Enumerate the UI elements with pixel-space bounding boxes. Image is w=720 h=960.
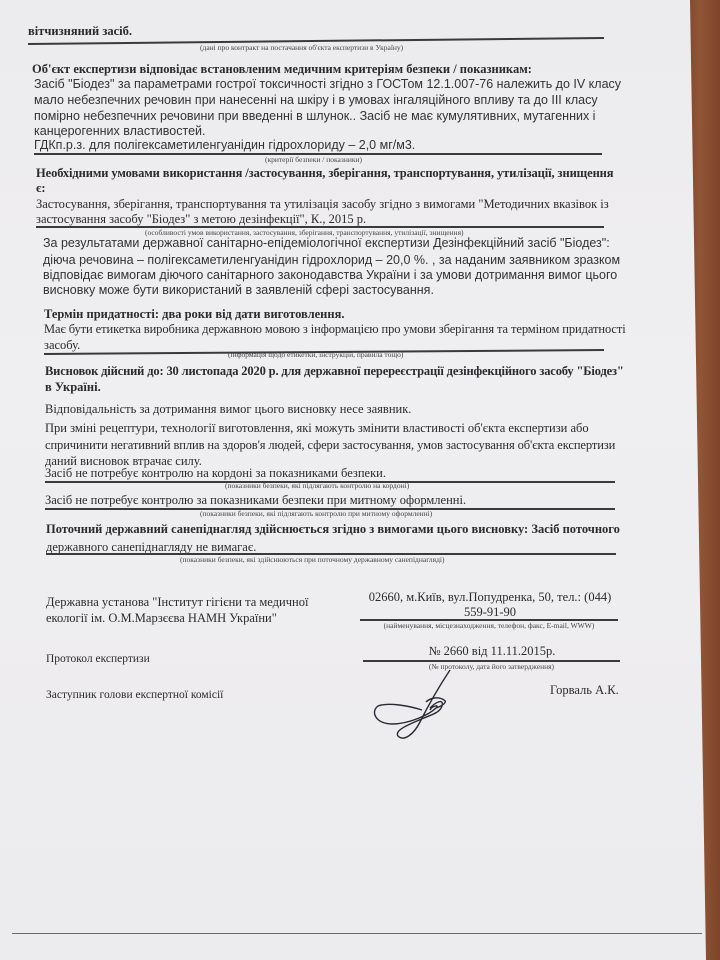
protocol-value: № 2660 від 11.11.2015р. xyxy=(364,644,620,659)
conditions-heading: Необхідними умовами використання /застос… xyxy=(36,166,613,181)
institution-name: Державна установа "Інститут гігієни та м… xyxy=(46,595,308,610)
conditions-line: застосування засобу "Біодез" з метою дез… xyxy=(36,212,366,227)
shelf-life-line: Має бути етикетка виробника державною мо… xyxy=(44,322,626,337)
results-line: відповідає вимогам діючого санітарного з… xyxy=(43,268,617,284)
customs-control-text: Засіб не потребує контролю за показникам… xyxy=(45,493,466,508)
origin-line: вітчизняний засіб. xyxy=(28,24,132,39)
responsibility-text: Відповідальність за дотримання вимог цьо… xyxy=(45,402,411,417)
validity-line: Висновок дійсний до: 30 листопада 2020 р… xyxy=(45,364,624,379)
criteria-line: Засіб "Біодез" за параметрами гострої то… xyxy=(34,77,621,93)
results-line: висновку може бути використаний в заявле… xyxy=(43,283,434,299)
changes-line: При зміні рецептури, технології виготовл… xyxy=(45,421,589,436)
criteria-heading: Об'єкт експертизи відповідає встановлени… xyxy=(32,62,532,77)
bottom-rule xyxy=(12,933,702,934)
criteria-line: ГДКп.р.з. для полігексаметиленгуанідин г… xyxy=(34,138,415,154)
results-line: діюча речовина – полігексаметиленгуаніди… xyxy=(43,253,620,269)
caption-border-control: (показники безпеки, які підлягають контр… xyxy=(225,481,409,490)
caption-customs-control: (показники безпеки, які підлягають контр… xyxy=(200,509,432,518)
institution-address: 02660, м.Київ, вул.Попудренка, 50, тел.:… xyxy=(360,590,620,605)
results-line: За результатами державної санітарно-епід… xyxy=(43,236,610,252)
criteria-line: мало небезпечних речовин при нанесенні н… xyxy=(34,93,598,109)
signature-icon xyxy=(370,662,480,744)
document-page: вітчизняний засіб. (дані про контракт на… xyxy=(0,0,720,960)
caption-supervision: (показники безпеки, які здійснюються при… xyxy=(180,555,444,564)
criteria-line: помірно небезпечних речовини при введенн… xyxy=(34,109,595,125)
border-control-text: Засіб не потребує контролю на кордоні за… xyxy=(45,466,386,481)
supervision-line: Поточний державний санепіднагляд здійсню… xyxy=(46,522,620,537)
signatory-title: Заступник голови експертної комісії xyxy=(46,688,223,703)
caption-institution: (найменування, місцезнаходження, телефон… xyxy=(360,621,618,630)
institution-name: екології ім. О.М.Марзєєва НАМН України" xyxy=(46,611,277,626)
changes-line: спричинити негативний вплив на здоров'я … xyxy=(45,438,615,453)
institution-phone: 559-91-90 xyxy=(360,605,620,620)
signatory-name: Горваль А.К. xyxy=(550,683,619,698)
caption-criteria: (критерії безпеки / показники) xyxy=(265,155,362,164)
protocol-label: Протокол експертизи xyxy=(46,652,150,667)
caption-contract: (дані про контракт на постачання об'єкта… xyxy=(200,43,403,52)
shelf-life-line: засобу. xyxy=(44,338,80,353)
validity-line: в Україні. xyxy=(45,380,101,395)
conditions-heading-cont: є: xyxy=(36,181,46,196)
caption-shelf-life: (інформація щодо етикетки, інструкцій, п… xyxy=(228,350,403,359)
shelf-life-heading: Термін придатності: два роки від дати ви… xyxy=(44,307,344,322)
conditions-line: Застосування, зберігання, транспортуванн… xyxy=(36,197,609,212)
